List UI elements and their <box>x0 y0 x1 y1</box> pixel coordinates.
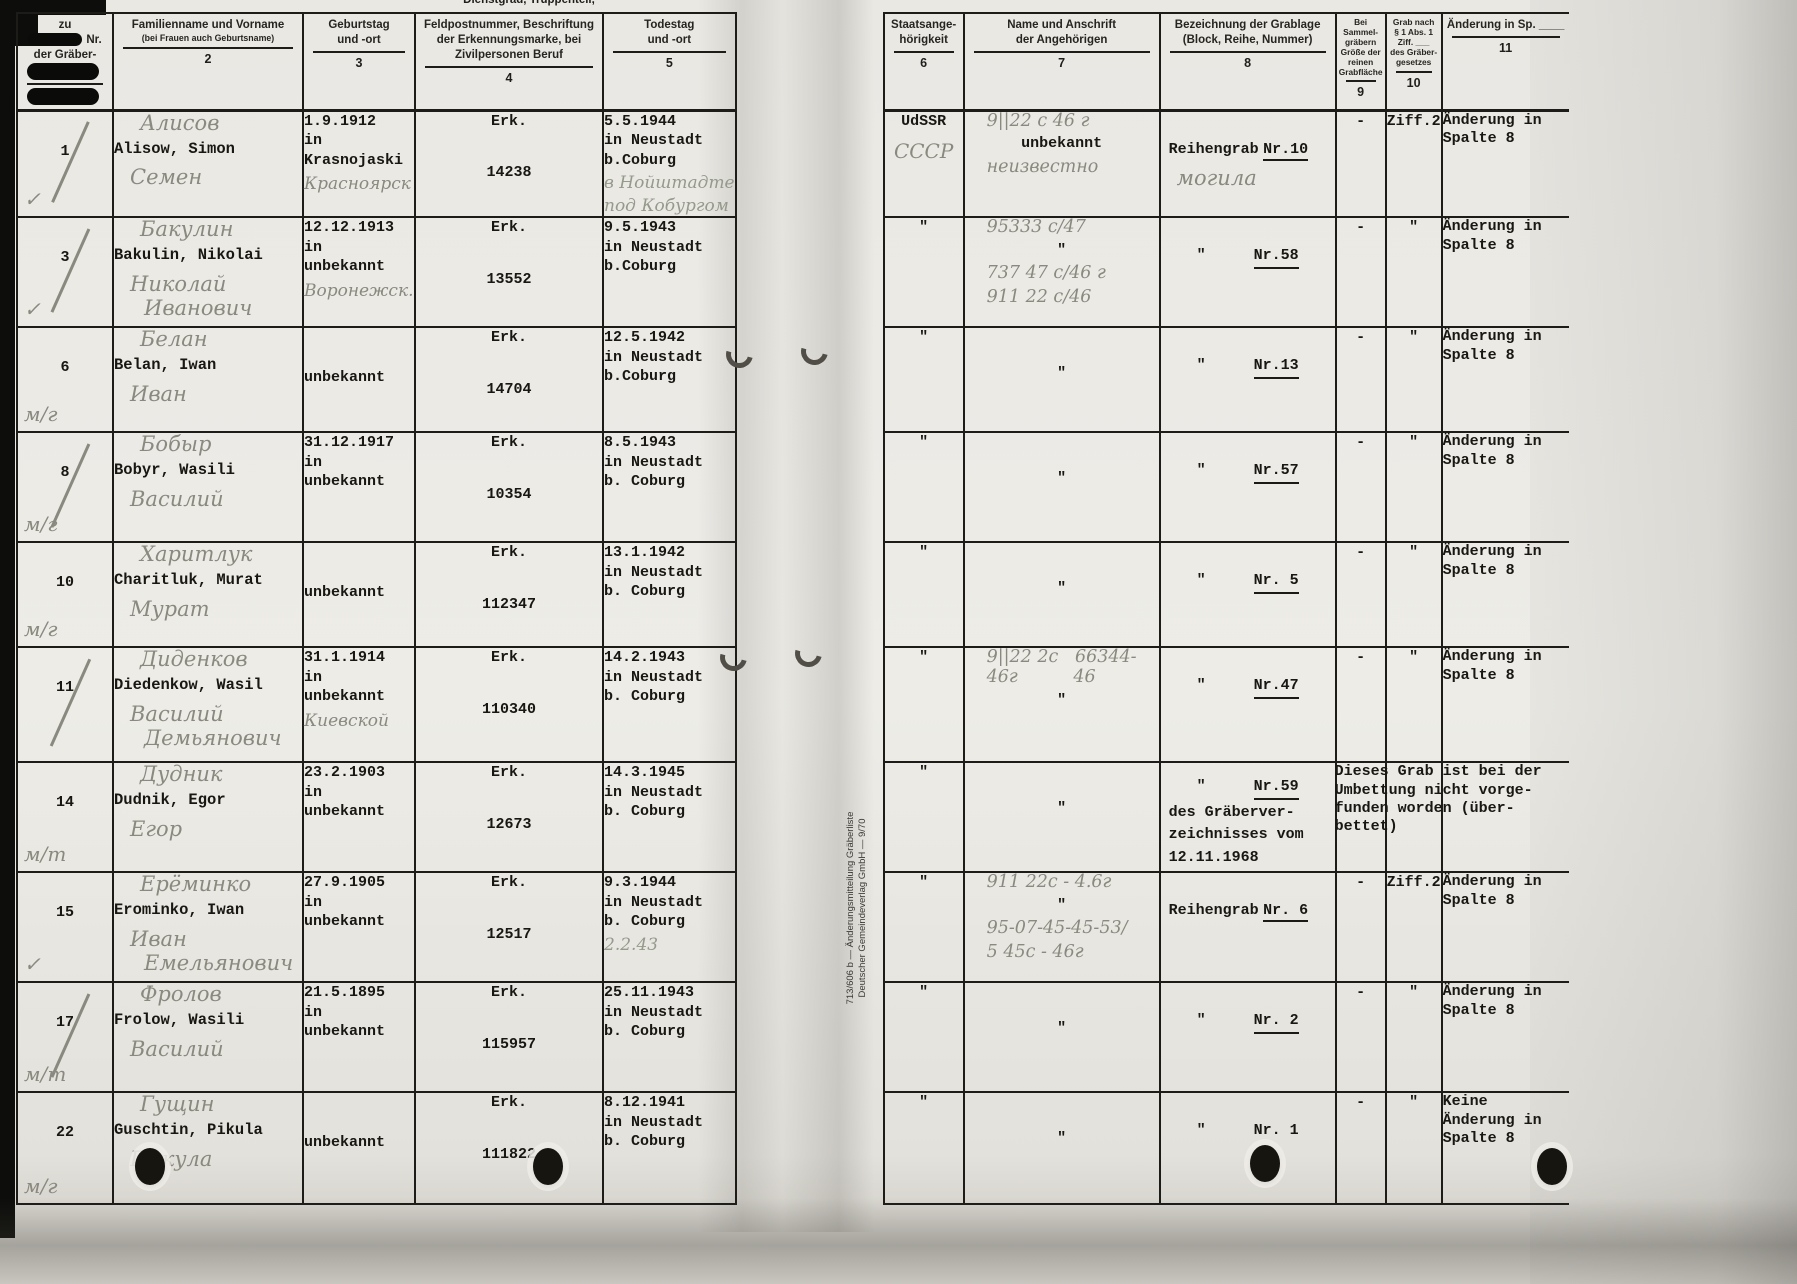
grave-number: Nr.13 <box>1254 356 1299 379</box>
pencil-check-mark: м/г <box>24 1175 57 1197</box>
grave-number: Nr.59 <box>1254 777 1299 800</box>
cell-death: 5.5.1944in Neustadtb.Coburgв Нойштадтепо… <box>603 110 736 217</box>
death-line: 9.3.1944 <box>604 873 735 893</box>
cell-death: 8.12.1941in Neustadtb. Coburg <box>603 1092 736 1204</box>
death-line: b. Coburg <box>604 687 735 707</box>
change-note-line: funden worden (über- <box>1335 800 1569 818</box>
cell-grave-location: "Nr. 1 <box>1160 1092 1336 1204</box>
handwritten-surname: Алисов <box>140 112 302 139</box>
redaction-mark <box>27 63 99 80</box>
handwritten-relatives-note: 911 22с - 4.6г <box>987 873 1159 893</box>
cell-change-note: Änderung inSpalte 8 <box>1442 872 1569 982</box>
handwritten-surname: Харитлук <box>140 543 302 570</box>
cell-relatives: " <box>964 327 1160 432</box>
handwritten-surname: Дудник <box>140 763 302 790</box>
nationality: " <box>885 1093 963 1113</box>
id-tag-label: Erk. <box>416 763 602 783</box>
death-line: b. Coburg <box>604 802 735 822</box>
punch-hole <box>533 1148 563 1185</box>
list-number: 6 <box>18 358 112 378</box>
grave-number: Nr. 2 <box>1254 1011 1299 1034</box>
scan-bottom-shadow <box>0 1198 1797 1284</box>
id-tag-number: 14704 <box>416 380 602 400</box>
change-note: Änderung inSpalte 8 <box>1443 648 1569 685</box>
grave-location-line: "Nr.58 <box>1161 246 1335 269</box>
column-number: 2 <box>123 47 293 70</box>
list-number: 11 <box>18 678 112 698</box>
cell-grave-size: - <box>1336 1092 1386 1204</box>
cell-name: ДиденковDiedenkow, WasilВасилийДемьянови… <box>113 647 303 762</box>
birth-line: unbekannt <box>304 1133 414 1153</box>
death-line: 14.3.1945 <box>604 763 735 783</box>
cell-death: 14.3.1945in Neustadtb. Coburg <box>603 762 736 872</box>
pencil-check-mark: м/г <box>24 403 57 425</box>
nationality: " <box>885 983 963 1003</box>
column-header-death: Todestagund -ort5 <box>603 13 736 110</box>
grave-location-line: Reihengrab Nr. 6 <box>1161 901 1335 921</box>
column-header-law: Grab nach§ 1 Abs. 1Ziff. ___des Gräber-g… <box>1386 13 1442 110</box>
cell-relatives: 9||22 2с 66344-46г 46" <box>964 647 1160 762</box>
list-number: 10 <box>18 573 112 593</box>
death-line: 13.1.1942 <box>604 543 735 563</box>
handwritten-given-name: Егор <box>130 818 302 842</box>
birth-line: unbekannt <box>304 368 414 388</box>
cell-birth: 21.5.1895inunbekannt <box>303 982 415 1092</box>
column-header-change: Änderung in Sp. ____11 <box>1442 13 1569 110</box>
typed-name: Charitluk, Murat <box>114 570 302 590</box>
change-note-line: Spalte 8 <box>1443 1002 1569 1020</box>
death-line: 12.5.1942 <box>604 328 735 348</box>
cell-grave-size: - <box>1336 217 1386 327</box>
cell-change-note: Änderung inSpalte 8 <box>1442 327 1569 432</box>
change-note-line: Änderung in <box>1443 983 1569 1001</box>
birth-line: in <box>304 783 414 803</box>
cell-relatives: " <box>964 982 1160 1092</box>
header-label: Feldpostnummer, Beschriftungder Erkennun… <box>416 18 602 63</box>
list-number: 8 <box>18 463 112 483</box>
cell-law-class: " <box>1386 542 1442 647</box>
relatives-value: " <box>965 799 1159 819</box>
death-line: 8.5.1943 <box>604 433 735 453</box>
cell-nationality: " <box>884 647 964 762</box>
grave-number: Nr. 6 <box>1263 902 1308 922</box>
law-class-value: " <box>1387 1093 1441 1113</box>
redaction-mark <box>28 33 82 46</box>
scan-edge-left <box>0 0 15 1238</box>
birth-line: unbekannt <box>304 583 414 603</box>
cell-birth: unbekannt <box>303 327 415 432</box>
cell-grave-size: - <box>1336 542 1386 647</box>
handwritten-surname: Бобыр <box>140 433 302 460</box>
cell-law-class: " <box>1386 217 1442 327</box>
column-header-grave: Bezeichnung der Grablage(Block, Reihe, N… <box>1160 13 1336 110</box>
table-row: 10м/гХаритлукCharitluk, MuratМуратunbeka… <box>17 542 1569 647</box>
cell-grave-location: "Nr. 2 <box>1160 982 1336 1092</box>
table-row: 11ДиденковDiedenkow, WasilВасилийДемьяно… <box>17 647 1569 762</box>
death-line: b. Coburg <box>604 472 735 492</box>
column-number: 4 <box>425 66 593 89</box>
grave-size-value: - <box>1337 433 1385 453</box>
cell-grave-location: "Nr.13 <box>1160 327 1336 432</box>
grave-prefix: " <box>1197 246 1206 269</box>
birth-line: unbekannt <box>304 472 414 492</box>
grave-location-line: "Nr. 2 <box>1161 1011 1335 1034</box>
cell-name: БобырBobyr, WasiliВасилий <box>113 432 303 542</box>
cell-birth: 23.2.1903inunbekannt <box>303 762 415 872</box>
relatives-value: " <box>965 896 1159 916</box>
pencil-check-mark: ✓ <box>24 953 41 975</box>
header-label: Name und Anschriftder Angehörigen <box>965 18 1159 48</box>
grave-location-line: Reihengrab Nr.10 <box>1161 140 1335 160</box>
nationality: UdSSR <box>885 112 963 132</box>
cell-id-tag: Erk.110340 <box>415 647 603 762</box>
cell-grave-size: - <box>1336 327 1386 432</box>
typed-name: Erominko, Iwan <box>114 900 302 920</box>
cell-id-tag: Erk.112347 <box>415 542 603 647</box>
table-row: 22м/гГущинGuschtin, PikulaПикулаunbekann… <box>17 1092 1569 1204</box>
handwritten-given-name: Николай <box>130 273 302 297</box>
handwritten-given-name: Мурат <box>130 598 302 622</box>
change-note: Dieses Grab ist bei derUmbettung nicht v… <box>1335 763 1569 836</box>
cell-change-note: Dieses Grab ist bei derUmbettung nicht v… <box>1442 762 1569 872</box>
header-label: zuNr.der Gräber- <box>18 18 112 80</box>
handwritten-given-name: Иван <box>130 383 302 407</box>
grave-prefix: " <box>1197 356 1206 379</box>
grave-number: Nr.10 <box>1263 141 1308 161</box>
law-class-value: " <box>1387 543 1441 563</box>
pencil-slash-mark <box>50 228 89 312</box>
typed-name: Alisow, Simon <box>114 139 302 159</box>
handwritten-surname: Диденков <box>140 648 302 675</box>
handwritten-relatives-note: 9||22 2с 66344- <box>987 648 1159 668</box>
cell-grave-location: "Nr.57 <box>1160 432 1336 542</box>
death-line: 8.12.1941 <box>604 1093 735 1113</box>
handwritten-birth-place: Красноярск <box>304 175 414 194</box>
cell-id-tag: Erk.115957 <box>415 982 603 1092</box>
column-number: 10 <box>1396 71 1432 94</box>
handwritten-relatives-note: 46г 46 <box>987 668 1159 688</box>
handwritten-birth-place: Воронежск. <box>304 282 414 301</box>
relatives-value: " <box>965 691 1159 711</box>
cell-birth: 27.9.1905inunbekannt <box>303 872 415 982</box>
fold-gutter-cell <box>736 432 884 542</box>
law-class-value: Ziff.2 <box>1387 112 1441 132</box>
cell-grave-location: Reihengrab Nr.10могила <box>1160 110 1336 217</box>
cell-change-note: Änderung inSpalte 8 <box>1442 110 1569 217</box>
cut-off-header-line: Dienstgrad, Truppenteil, <box>434 0 624 10</box>
cell-relatives: " <box>964 1092 1160 1204</box>
death-line: in Neustadt <box>604 1003 735 1023</box>
cell-birth: 31.1.1914inunbekanntКиевской <box>303 647 415 762</box>
id-tag-number: 115957 <box>416 1035 602 1055</box>
grave-size-value: - <box>1337 328 1385 348</box>
handwritten-surname: Фролов <box>140 983 302 1010</box>
handwritten-given-name: Василий <box>130 488 302 512</box>
handwritten-surname: Белан <box>140 328 302 355</box>
fold-gutter-cell <box>736 1092 884 1204</box>
header-label: Bezeichnung der Grablage(Block, Reihe, N… <box>1161 18 1335 48</box>
death-line: b. Coburg <box>604 912 735 932</box>
list-number: 1 <box>18 142 112 162</box>
header-label: Familienname und Vorname(bei Frauen auch… <box>114 18 302 44</box>
birth-line: in <box>304 893 414 913</box>
birth-line: in <box>304 238 414 258</box>
id-tag-label: Erk. <box>416 648 602 668</box>
cell-id-tag: Erk.14704 <box>415 327 603 432</box>
cell-id-tag: Erk.111822 <box>415 1092 603 1204</box>
death-line: b.Coburg <box>604 367 735 387</box>
cell-id-tag: Erk.12517 <box>415 872 603 982</box>
table-row: 14м/тДудникDudnik, EgorЕгор23.2.1903inun… <box>17 762 1569 872</box>
handwritten-birth-place: Киевской <box>304 712 414 731</box>
law-class-value: " <box>1387 433 1441 453</box>
cell-nationality: " <box>884 217 964 327</box>
birth-line: 27.9.1905 <box>304 873 414 893</box>
death-line: in Neustadt <box>604 348 735 368</box>
birth-line: 21.5.1895 <box>304 983 414 1003</box>
handwritten-relatives-note: 95-07-45-45-53/ <box>987 919 1159 939</box>
death-line: b.Coburg <box>604 257 735 277</box>
cell-list-number: 14м/т <box>17 762 113 872</box>
birth-line: Krasnojaski <box>304 151 414 171</box>
change-note-line: Spalte 8 <box>1443 452 1569 470</box>
pencil-check-mark: м/г <box>24 513 57 535</box>
cell-nationality: " <box>884 432 964 542</box>
handwritten-given-name: Василий <box>130 703 302 727</box>
typed-name: Diedenkow, Wasil <box>114 675 302 695</box>
change-note-line: Änderung in <box>1443 328 1569 346</box>
cell-nationality: " <box>884 762 964 872</box>
cell-law-class: Ziff.2 <box>1386 110 1442 217</box>
cell-grave-location: Reihengrab Nr. 6 <box>1160 872 1336 982</box>
pencil-check-mark: м/т <box>24 1063 66 1085</box>
change-note-line: Umbettung nicht vorge- <box>1335 782 1569 800</box>
cell-nationality: " <box>884 542 964 647</box>
id-tag-label: Erk. <box>416 433 602 453</box>
handwritten-surname: Бакулин <box>140 218 302 245</box>
change-note-line: Änderung in <box>1443 218 1569 236</box>
id-tag-number: 111822 <box>416 1145 602 1165</box>
id-tag-label: Erk. <box>416 873 602 893</box>
cell-law-class: " <box>1386 327 1442 432</box>
table-row: 1✓АлисовAlisow, SimonСемен1.9.1912inKras… <box>17 110 1569 217</box>
cell-id-tag: Erk.13552 <box>415 217 603 327</box>
cell-id-tag: Erk.14238 <box>415 110 603 217</box>
typed-name: Belan, Iwan <box>114 355 302 375</box>
grave-location-line: "Nr. 1 <box>1161 1121 1335 1141</box>
cell-birth: 31.12.1917inunbekannt <box>303 432 415 542</box>
grave-size-value: - <box>1337 112 1385 132</box>
cell-name: ХаритлукCharitluk, MuratМурат <box>113 542 303 647</box>
gutter-header <box>736 13 884 110</box>
handwritten-death-note: 2.2.43 <box>604 936 735 955</box>
death-line: in Neustadt <box>604 668 735 688</box>
pencil-slash-mark <box>51 121 89 202</box>
cell-name: ДудникDudnik, EgorЕгор <box>113 762 303 872</box>
cell-grave-location: "Nr.59des Gräberver-zeichnisses vom12.11… <box>1160 762 1336 872</box>
death-line: in Neustadt <box>604 563 735 583</box>
grave-location-line: "Nr.47 <box>1161 676 1335 699</box>
redaction-mark <box>27 88 99 105</box>
cell-grave-size: - <box>1336 110 1386 217</box>
grave-prefix: " <box>1197 571 1206 594</box>
cell-birth: 12.12.1913inunbekanntВоронежск. <box>303 217 415 327</box>
grave-size-value: - <box>1337 983 1385 1003</box>
cell-id-tag: Erk.12673 <box>415 762 603 872</box>
cell-nationality: " <box>884 327 964 432</box>
nationality: " <box>885 433 963 453</box>
table-row: 15✓ЕрёминкоErominko, IwanИванЕмельянович… <box>17 872 1569 982</box>
handwritten-given-name: Емельянович <box>144 952 302 976</box>
handwritten-surname: Ерёминко <box>140 873 302 900</box>
cell-nationality: UdSSRСССР <box>884 110 964 217</box>
handwritten-surname: Гущин <box>140 1093 302 1120</box>
id-tag-label: Erk. <box>416 112 602 132</box>
relatives-value: " <box>965 469 1159 489</box>
handwritten-relatives-note: 911 22 с/46 <box>987 288 1159 308</box>
column-header-nationality: Staatsange-hörigkeit6 <box>884 13 964 110</box>
punch-hole <box>1537 1148 1567 1185</box>
birth-line: 31.12.1917 <box>304 433 414 453</box>
change-note-line: Keine <box>1443 1093 1569 1111</box>
death-line: b. Coburg <box>604 1132 735 1152</box>
cell-death: 8.5.1943in Neustadtb. Coburg <box>603 432 736 542</box>
cell-law-class: " <box>1386 982 1442 1092</box>
cell-list-number: 10м/г <box>17 542 113 647</box>
column-number: 3 <box>313 51 405 74</box>
id-tag-number: 12673 <box>416 815 602 835</box>
column-number: 5 <box>613 51 726 74</box>
header-label: Todestagund -ort <box>604 18 735 48</box>
grave-prefix: Reihengrab <box>1169 141 1259 158</box>
grave-number: Nr. 5 <box>1254 571 1299 594</box>
grave-number: Nr.47 <box>1254 676 1299 699</box>
table-row: 6м/гБеланBelan, IwanИванunbekanntErk.147… <box>17 327 1569 432</box>
nationality: " <box>885 543 963 563</box>
id-tag-number: 13552 <box>416 270 602 290</box>
page-right-margin <box>1530 0 1797 1284</box>
cell-death: 12.5.1942in Neustadtb.Coburg <box>603 327 736 432</box>
cell-grave-location: "Nr. 5 <box>1160 542 1336 647</box>
header-row: zuNr.der Gräber-Familienname und Vorname… <box>17 13 1569 110</box>
change-note: Änderung inSpalte 8 <box>1443 328 1569 365</box>
relatives-value: " <box>965 1129 1159 1149</box>
handwritten-nationality: СССР <box>885 140 963 162</box>
birth-line: unbekannt <box>304 687 414 707</box>
cell-list-number: 11 <box>17 647 113 762</box>
grave-location-line: "Nr.13 <box>1161 356 1335 379</box>
change-note: Änderung inSpalte 8 <box>1443 218 1569 255</box>
change-note-line: bettet) <box>1335 818 1569 836</box>
cell-name: ЕрёминкоErominko, IwanИванЕмельянович <box>113 872 303 982</box>
column-number: 7 <box>974 51 1150 74</box>
nationality: " <box>885 218 963 238</box>
cell-law-class: " <box>1386 1092 1442 1204</box>
cell-change-note: Änderung inSpalte 8 <box>1442 432 1569 542</box>
cell-nationality: " <box>884 872 964 982</box>
cell-birth: unbekannt <box>303 1092 415 1204</box>
graves-table: zuNr.der Gräber-Familienname und Vorname… <box>16 12 1569 1205</box>
handwritten-grave-note: могила <box>1177 167 1335 191</box>
birth-line: unbekannt <box>304 257 414 277</box>
change-note-line: Spalte 8 <box>1443 130 1569 148</box>
birth-line: 1.9.1912 <box>304 112 414 132</box>
relatives-value: unbekannt <box>965 134 1159 154</box>
list-number: 22 <box>18 1123 112 1143</box>
grave-location-line: "Nr. 5 <box>1161 571 1335 594</box>
cell-name: АлисовAlisow, SimonСемен <box>113 110 303 217</box>
cell-law-class: " <box>1386 432 1442 542</box>
punch-hole <box>1250 1145 1280 1182</box>
cell-death: 25.11.1943in Neustadtb. Coburg <box>603 982 736 1092</box>
change-note-line: Spalte 8 <box>1443 667 1569 685</box>
id-tag-label: Erk. <box>416 543 602 563</box>
cell-list-number: 6м/г <box>17 327 113 432</box>
fold-gutter-cell <box>736 217 884 327</box>
cell-grave-size: - <box>1336 872 1386 982</box>
id-tag-number: 12517 <box>416 925 602 945</box>
typed-name: Dudnik, Egor <box>114 790 302 810</box>
cell-name: ФроловFrolow, WasiliВасилий <box>113 982 303 1092</box>
birth-line: 31.1.1914 <box>304 648 414 668</box>
grave-location-line: "Nr.57 <box>1161 461 1335 484</box>
cell-grave-size: - <box>1336 647 1386 762</box>
typed-name: Frolow, Wasili <box>114 1010 302 1030</box>
column-header-idtag: Feldpostnummer, Beschriftungder Erkennun… <box>415 13 603 110</box>
column-number: 8 <box>1170 51 1326 74</box>
cell-list-number: 17м/т <box>17 982 113 1092</box>
handwritten-relatives-note: 9||22 с 46 г <box>987 112 1159 132</box>
relatives-value: " <box>965 364 1159 384</box>
cell-relatives: " <box>964 762 1160 872</box>
id-tag-label: Erk. <box>416 983 602 1003</box>
pencil-check-mark: м/т <box>24 843 66 865</box>
grave-size-value: - <box>1337 218 1385 238</box>
fold-gutter-cell <box>736 110 884 217</box>
change-note-line: Spalte 8 <box>1443 1130 1569 1148</box>
change-note: KeineÄnderung inSpalte 8 <box>1443 1093 1569 1148</box>
change-note: Änderung inSpalte 8 <box>1443 433 1569 470</box>
nationality: " <box>885 873 963 893</box>
death-line: in Neustadt <box>604 1113 735 1133</box>
birth-line: unbekannt <box>304 912 414 932</box>
change-note-line: Änderung in <box>1443 543 1569 561</box>
table-row: 3✓БакулинBakulin, NikolaiНиколайИванович… <box>17 217 1569 327</box>
column-number: 11 <box>1452 36 1560 59</box>
cell-relatives: 9||22 с 46 гunbekanntнеизвестно <box>964 110 1160 217</box>
change-note-line: Spalte 8 <box>1443 237 1569 255</box>
cell-grave-size: - <box>1336 982 1386 1092</box>
id-tag-number: 10354 <box>416 485 602 505</box>
cell-relatives: " <box>964 432 1160 542</box>
change-note: Änderung inSpalte 8 <box>1443 983 1569 1020</box>
list-number: 3 <box>18 248 112 268</box>
handwritten-given-name: Василий <box>130 1038 302 1062</box>
grave-size-value: - <box>1337 543 1385 563</box>
death-line: b. Coburg <box>604 582 735 602</box>
handwritten-death-note: в Нойштадте <box>604 174 735 193</box>
relatives-value: " <box>965 241 1159 261</box>
grave-prefix: Reihengrab <box>1169 902 1259 919</box>
grave-location-line: "Nr.59 <box>1161 777 1335 800</box>
cell-death: 13.1.1942in Neustadtb. Coburg <box>603 542 736 647</box>
birth-line: in <box>304 1003 414 1023</box>
death-line: in Neustadt <box>604 783 735 803</box>
imprint-line: Deutscher Gemeindeverlag GmbH — 9/70 <box>857 773 869 1043</box>
change-note-line: Änderung in <box>1443 433 1569 451</box>
header-label: Staatsange-hörigkeit <box>885 18 963 48</box>
birth-line: in <box>304 453 414 473</box>
